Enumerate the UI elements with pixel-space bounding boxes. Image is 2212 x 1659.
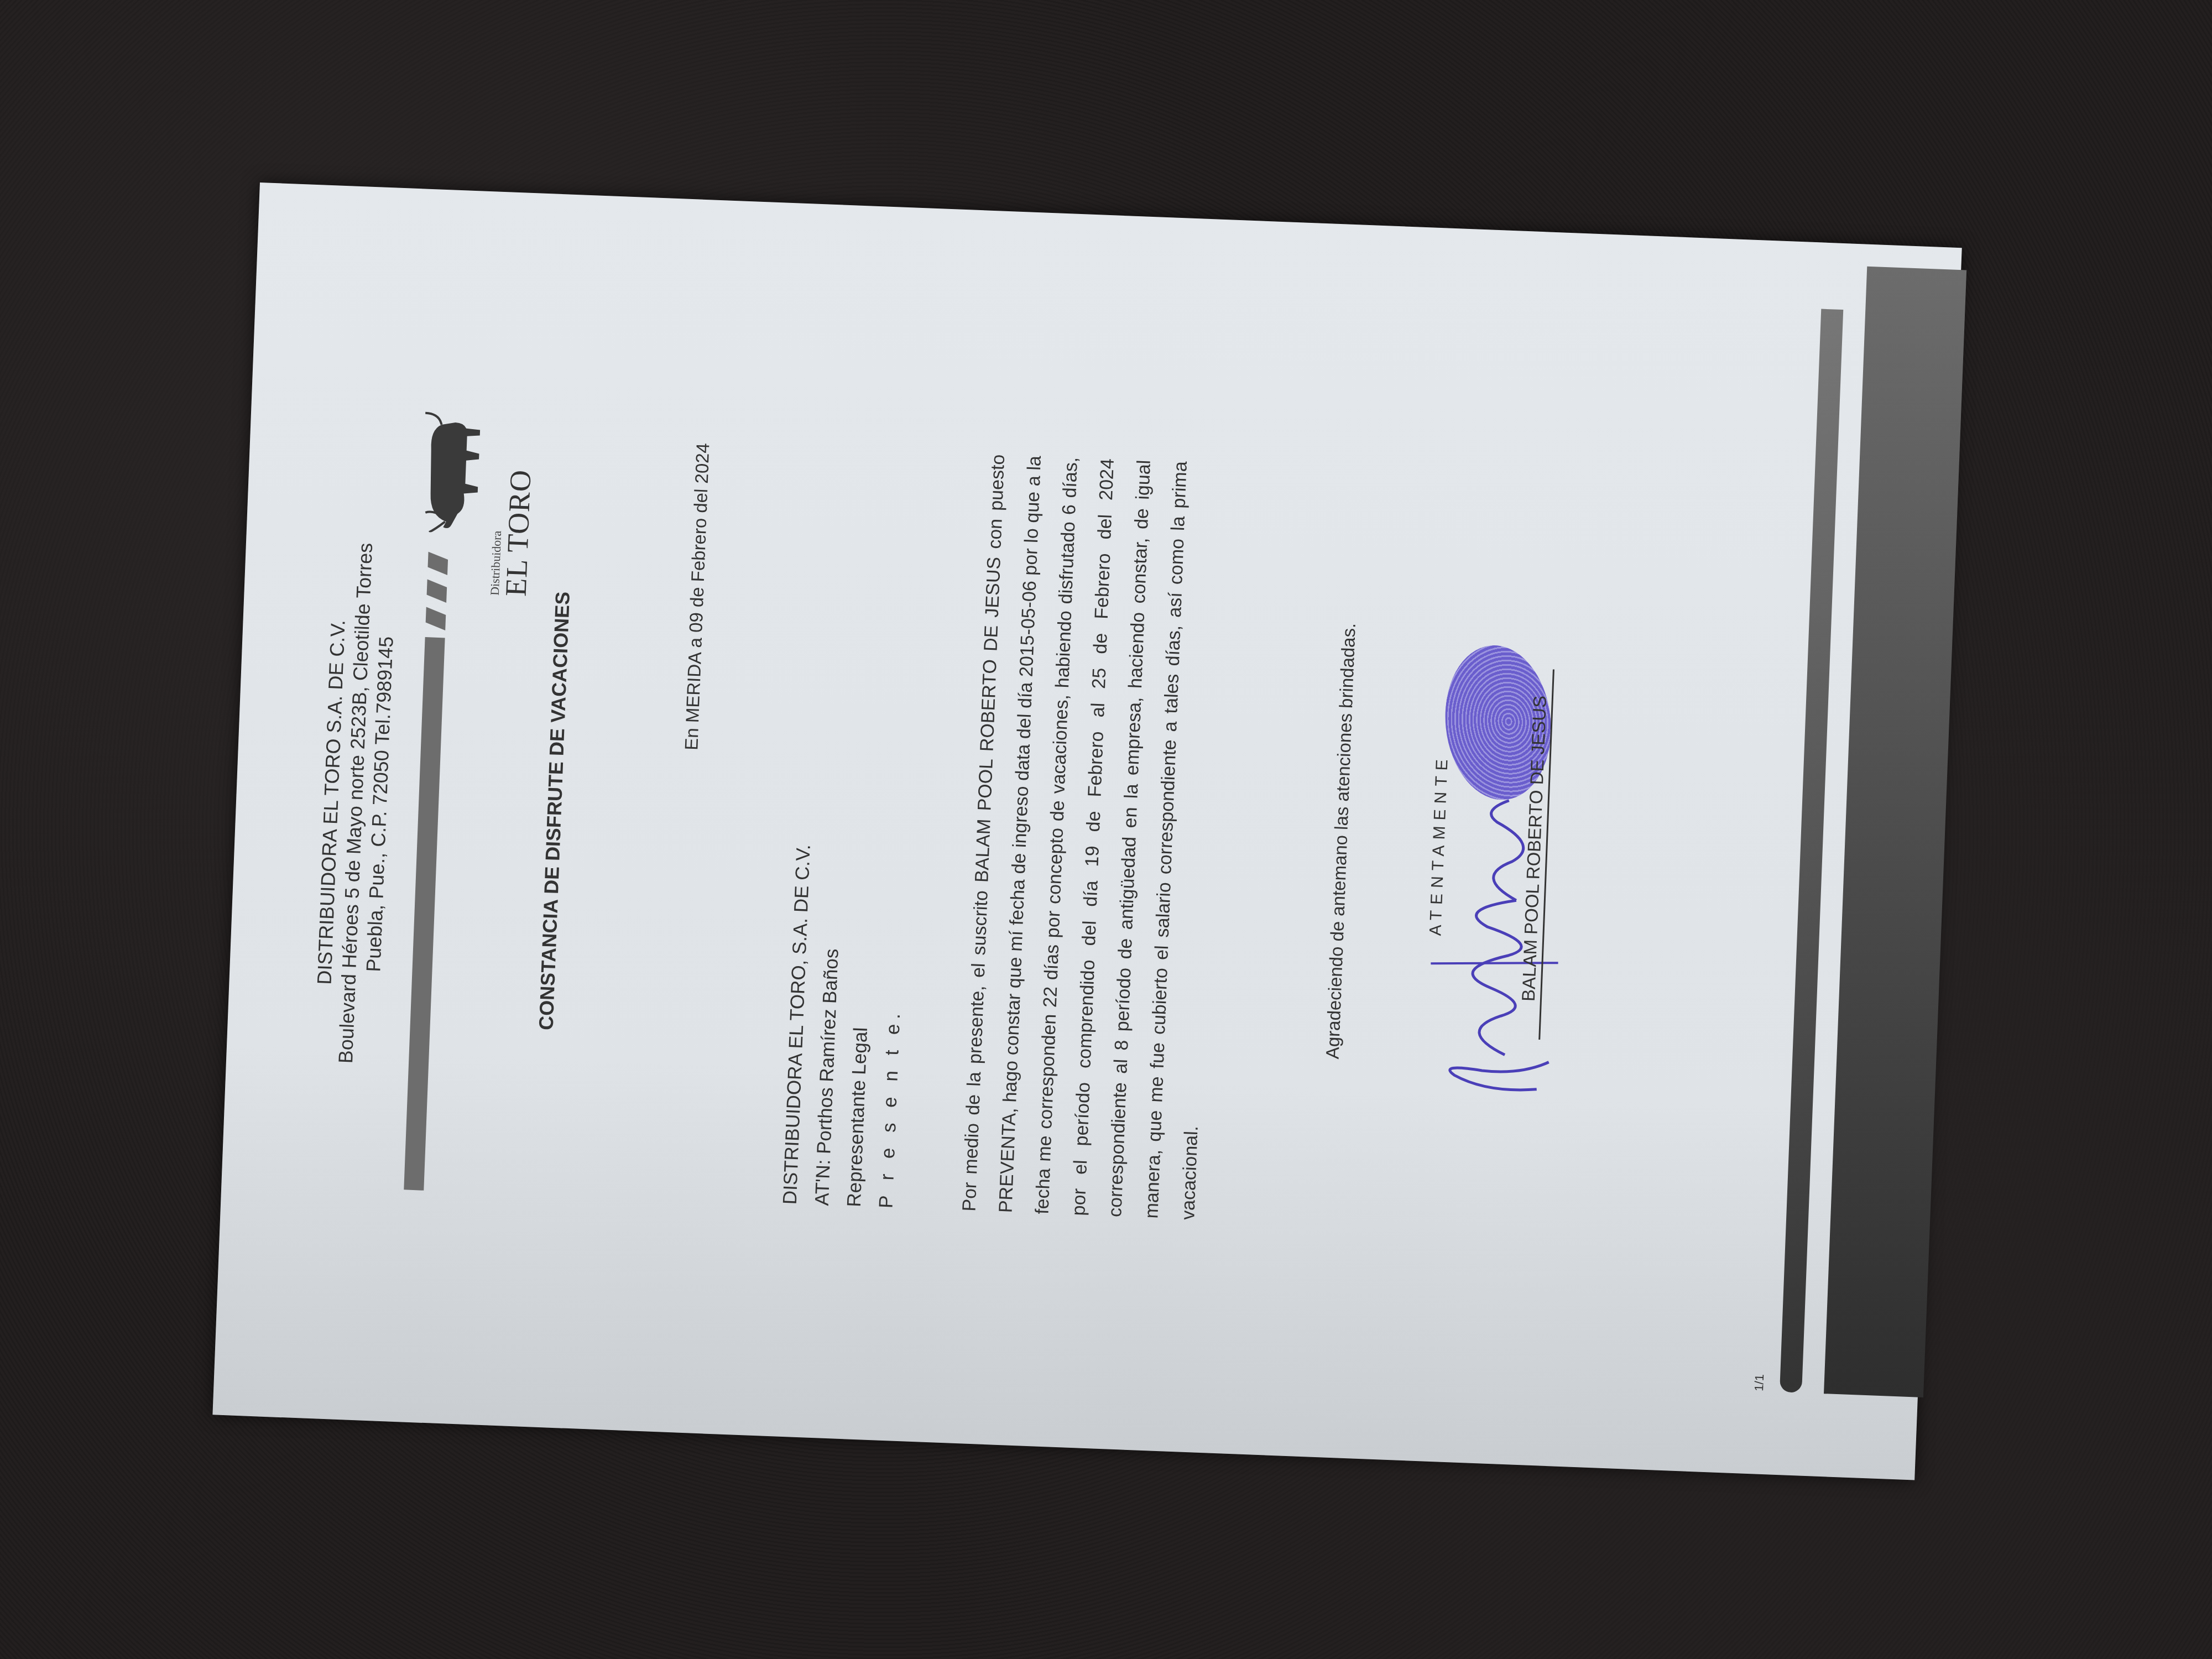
letterhead: DISTRIBUIDORA EL TORO S.A. DE C.V. Boule… [295,186,416,1421]
decorative-stripe [426,607,446,630]
page-indicator: 1/1 [1752,1374,1767,1392]
closing-thanks: Agradeciendo de antemano las atenciones … [1307,225,1375,1458]
paper-sheet: DISTRIBUIDORA EL TORO S.A. DE C.V. Boule… [212,182,1961,1480]
document-date: En MERIDA a 09 de Febrero del 2024 [681,442,713,750]
handwritten-signature [1420,786,1575,1102]
bull-icon [413,410,483,534]
footer-bar-thick [1824,267,1966,1397]
company-logo: Distribuidora EL TORO [410,426,527,596]
logo-brand-text: EL TORO [499,469,538,597]
body-paragraph: Por medio de la presente, el suscrito BA… [951,453,1235,1220]
recipient-block: DISTRIBUIDORA EL TORO, S.A. DE C.V. AT'N… [774,844,916,1209]
signature-block: ATENTAMENTE BALAM POOL ROBERTO DE JESUS [1395,228,1619,1467]
document-page: DISTRIBUIDORA EL TORO S.A. DE C.V. Boule… [212,182,1961,1480]
decorative-bar [404,637,445,1191]
footer-bars [1780,287,1966,1398]
document-title: CONSTANCIA DE DISFRUTE DE VACACIONES [519,194,590,1427]
